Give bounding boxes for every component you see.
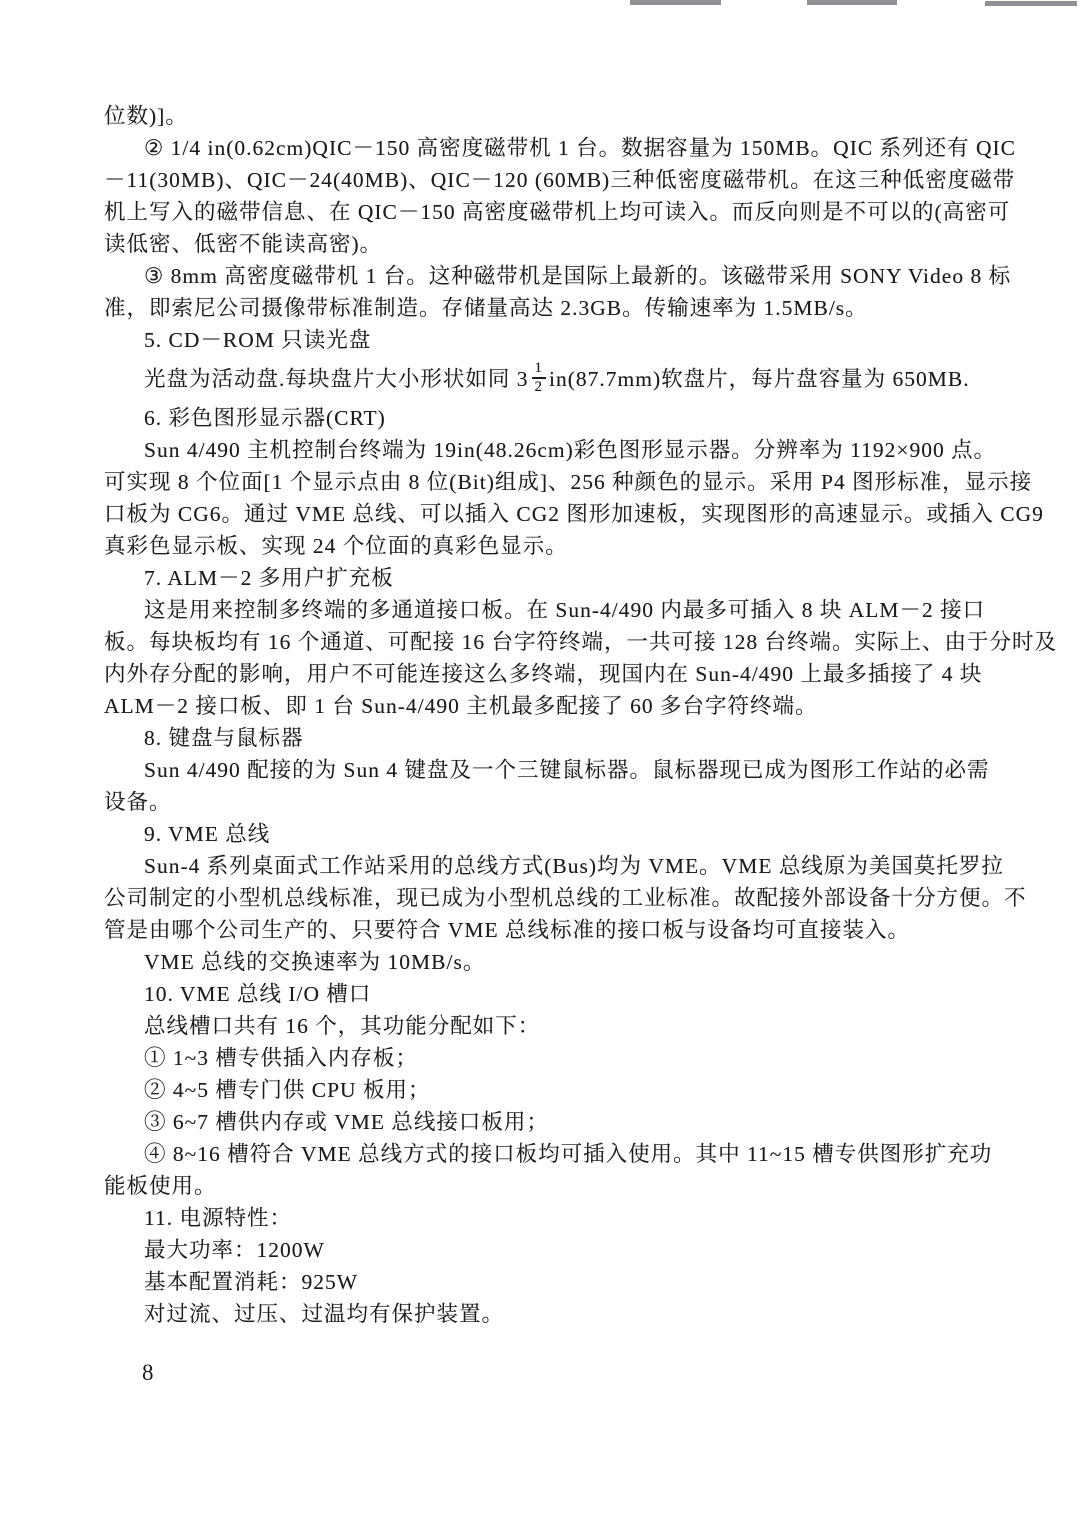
section-heading: 10. VME 总线 I/O 槽口 <box>104 978 970 1010</box>
text-line: ② 1/4 in(0.62cm)QIC－150 高密度磁带机 1 台。数据容量为… <box>104 132 970 164</box>
section-heading: 11. 电源特性： <box>104 1202 970 1234</box>
fraction-numerator: 1 <box>532 361 547 379</box>
text-line: 管是由哪个公司生产的、只要符合 VME 总线标准的接口板与设备均可直接装入。 <box>104 914 970 946</box>
text-line: 最大功率：1200W <box>104 1234 970 1266</box>
fraction-post-text: in(87.7mm)软盘片，每片盘容量为 650MB. <box>549 356 970 402</box>
text-line: －11(30MB)、QIC－24(40MB)、QIC－120 (60MB)三种低… <box>104 164 970 196</box>
text-line: 对过流、过压、过温均有保护装置。 <box>104 1298 970 1330</box>
scanned-book-page: 位数)]。 ② 1/4 in(0.62cm)QIC－150 高密度磁带机 1 台… <box>0 0 1080 1527</box>
text-line: VME 总线的交换速率为 10MB/s。 <box>104 946 970 978</box>
section-heading: 8. 键盘与鼠标器 <box>104 722 970 754</box>
scan-artifact-bar <box>807 0 897 5</box>
text-line: ALM－2 接口板、即 1 台 Sun-4/490 主机最多配接了 60 多台字… <box>104 690 970 722</box>
text-line-cdrom-size: 光盘为活动盘.每块盘片大小形状如同 3 12in(87.7mm)软盘片，每片盘容… <box>104 356 970 402</box>
text-line: 可实现 8 个位面[1 个显示点由 8 位(Bit)组成]、256 种颜色的显示… <box>104 466 970 498</box>
text-line: 基本配置消耗：925W <box>104 1266 970 1298</box>
section-heading: 9. VME 总线 <box>104 818 970 850</box>
text-line: ③ 8mm 高密度磁带机 1 台。这种磁带机是国际上最新的。该磁带采用 SONY… <box>104 260 970 292</box>
text-line: 口板为 CG6。通过 VME 总线、可以插入 CG2 图形加速板，实现图形的高速… <box>104 498 970 530</box>
text-line: 板。每块板均有 16 个通道、可配接 16 台字符终端，一共可接 128 台终端… <box>104 626 970 658</box>
section-heading: 6. 彩色图形显示器(CRT) <box>104 402 970 434</box>
list-item: ④ 8~16 槽符合 VME 总线方式的接口板均可插入使用。其中 11~15 槽… <box>104 1138 970 1170</box>
text-line: 准，即索尼公司摄像带标准制造。存储量高达 2.3GB。传输速率为 1.5MB/s… <box>104 292 970 324</box>
text-line: 总线槽口共有 16 个，其功能分配如下： <box>104 1010 970 1042</box>
page-number: 8 <box>142 1360 154 1386</box>
one-half-fraction: 12 <box>532 361 547 395</box>
list-item: ② 4~5 槽专门供 CPU 板用； <box>104 1074 970 1106</box>
text-line: Sun 4/490 主机控制台终端为 19in(48.26cm)彩色图形显示器。… <box>104 434 970 466</box>
text-line: Sun 4/490 配接的为 Sun 4 键盘及一个三键鼠标器。鼠标器现已成为图… <box>104 754 970 786</box>
text-line: 这是用来控制多终端的多通道接口板。在 Sun-4/490 内最多可插入 8 块 … <box>104 594 970 626</box>
scan-artifact-bar <box>630 0 721 5</box>
text-line: 读低密、低密不能读高密)。 <box>104 228 970 260</box>
fraction-pre-text: 光盘为活动盘.每块盘片大小形状如同 3 <box>144 356 529 402</box>
page-body: 位数)]。 ② 1/4 in(0.62cm)QIC－150 高密度磁带机 1 台… <box>104 100 970 1330</box>
text-line: Sun-4 系列桌面式工作站采用的总线方式(Bus)均为 VME。VME 总线原… <box>104 850 970 882</box>
scan-artifact-bar <box>985 1 1077 6</box>
text-line: 公司制定的小型机总线标准，现已成为小型机总线的工业标准。故配接外部设备十分方便。… <box>104 882 970 914</box>
section-heading: 7. ALM－2 多用户扩充板 <box>104 562 970 594</box>
text-line: 机上写入的磁带信息、在 QIC－150 高密度磁带机上均可读入。而反向则是不可以… <box>104 196 970 228</box>
text-line: 内外存分配的影响，用户不可能连接这么多终端，现国内在 Sun-4/490 上最多… <box>104 658 970 690</box>
text-line: 位数)]。 <box>104 100 970 132</box>
list-item: ① 1~3 槽专供插入内存板； <box>104 1042 970 1074</box>
fraction-denominator: 2 <box>535 379 544 395</box>
text-line: 能板使用。 <box>104 1170 970 1202</box>
section-heading: 5. CD－ROM 只读光盘 <box>104 324 970 356</box>
text-line: 真彩色显示板、实现 24 个位面的真彩色显示。 <box>104 530 970 562</box>
list-item: ③ 6~7 槽供内存或 VME 总线接口板用； <box>104 1106 970 1138</box>
text-line: 设备。 <box>104 786 970 818</box>
